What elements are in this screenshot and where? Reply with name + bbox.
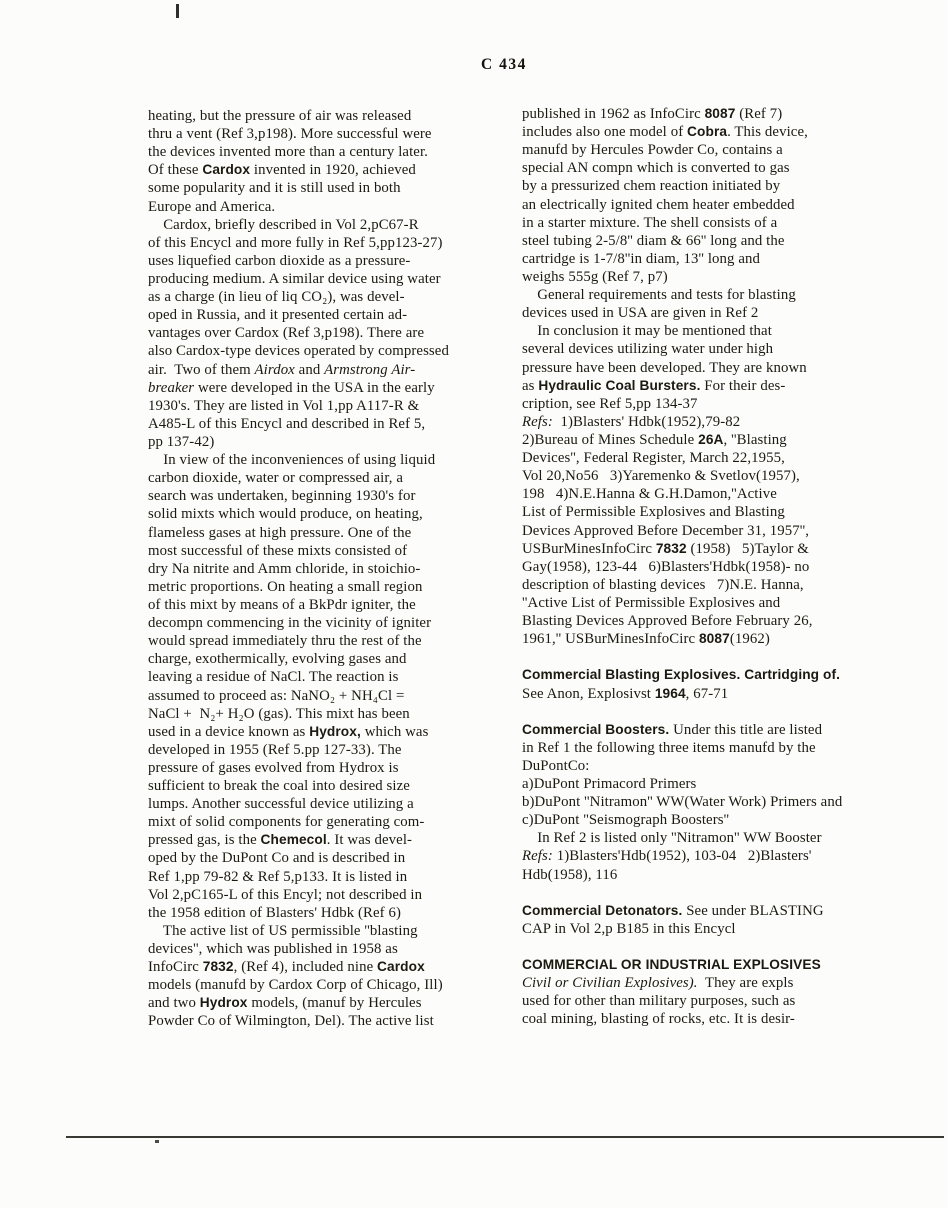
text-segment: 2)Bureau of Mines Schedule — [522, 432, 698, 448]
text-line — [522, 648, 904, 666]
text-line: published in 1962 as InfoCirc 8087 (Ref … — [522, 105, 904, 123]
text-line: DuPontCo: — [522, 757, 904, 775]
text-segment: of this mixt by means of a BkPdr igniter… — [148, 597, 416, 613]
bold-text-segment: Chemecol — [261, 832, 327, 847]
text-segment: uses liquefied carbon dioxide as a press… — [148, 253, 410, 269]
text-line: coal mining, blasting of rocks, etc. It … — [522, 1010, 904, 1028]
text-line: oped in Russia, and it presented certain… — [148, 306, 493, 324]
text-line: dry Na nitrite and Amm chloride, in stoi… — [148, 560, 493, 578]
text-segment: lumps. Another successful device utilizi… — [148, 796, 414, 812]
text-line: CAP in Vol 2,p B185 in this Encycl — [522, 920, 904, 938]
text-segment: and two — [148, 995, 200, 1011]
text-segment: description of blasting devices 7)N.E. H… — [522, 577, 804, 593]
text-segment: which was — [361, 724, 429, 740]
text-segment: Cardox, briefly described in Vol 2,pC67-… — [148, 217, 419, 233]
text-line: vantages over Cardox (Ref 3,p198). There… — [148, 324, 493, 342]
text-line: and two Hydrox models, (manuf by Hercule… — [148, 994, 493, 1012]
text-line — [522, 703, 904, 721]
text-segment: 1)Blasters'Hdb(1952), 103-04 2)Blasters' — [553, 848, 812, 864]
text-segment: ''Active List of Permissible Explosives … — [522, 595, 780, 611]
left-column: heating, but the pressure of air was rel… — [148, 107, 493, 1031]
text-line: decompn commencing in the vicinity of ig… — [148, 614, 493, 632]
text-line: Of these Cardox invented in 1920, achiev… — [148, 161, 493, 179]
text-segment: In conclusion it may be mentioned that — [522, 323, 772, 339]
text-segment: They are expls — [698, 975, 794, 991]
text-line: ''Active List of Permissible Explosives … — [522, 594, 904, 612]
text-segment: metric proportions. On heating a small r… — [148, 579, 422, 595]
text-segment: Gay(1958), 123-44 6)Blasters'Hdbk(1958)-… — [522, 559, 809, 575]
text-segment: manufd by Hercules Powder Co, contains a — [522, 142, 783, 158]
text-line: cartridge is 1-7/8''in diam, 13'' long a… — [522, 250, 904, 268]
bold-text-segment: 8087 — [699, 631, 730, 646]
text-line: steel tubing 2-5/8'' diam & 66'' long an… — [522, 232, 904, 250]
bold-text-segment: Cardox — [377, 959, 425, 974]
text-segment: models (manufd by Cardox Corp of Chicago… — [148, 977, 443, 993]
bold-text-segment: 26A — [698, 432, 723, 447]
text-line: 198 4)N.E.Hanna & G.H.Damon,''Active — [522, 485, 904, 503]
text-segment: in Ref 1 the following three items manuf… — [522, 740, 816, 756]
text-line: description of blasting devices 7)N.E. H… — [522, 576, 904, 594]
text-segment: Europe and America. — [148, 199, 275, 215]
text-line: lumps. Another successful device utilizi… — [148, 795, 493, 813]
rule-tick-mark — [155, 1140, 159, 1143]
text-segment: sufficient to break the coal into desire… — [148, 778, 410, 794]
text-segment: General requirements and tests for blast… — [522, 287, 796, 303]
text-line: Cardox, briefly described in Vol 2,pC67-… — [148, 216, 493, 234]
text-segment: CAP in Vol 2,p B185 in this Encycl — [522, 921, 736, 937]
text-line: In view of the inconveniences of using l… — [148, 451, 493, 469]
text-segment: Vol 2,pC165-L of this Encyl; not describ… — [148, 887, 422, 903]
text-line: Vol 2,pC165-L of this Encyl; not describ… — [148, 886, 493, 904]
text-segment: For their des- — [700, 378, 785, 394]
text-segment: The active list of US permissible ''blas… — [148, 923, 418, 939]
text-line: c)DuPont ''Seismograph Boosters'' — [522, 811, 904, 829]
text-segment: , ''Blasting — [724, 432, 787, 448]
text-line: air. Two of them Airdox and Armstrong Ai… — [148, 361, 493, 379]
text-line: leaving a residue of NaCl. The reaction … — [148, 668, 493, 686]
text-segment: producing medium. A similar device using… — [148, 271, 441, 287]
text-line: some popularity and it is still used in … — [148, 179, 493, 197]
text-segment: dry Na nitrite and Amm chloride, in stoi… — [148, 561, 420, 577]
registration-mark — [176, 4, 179, 18]
text-segment: special AN compn which is converted to g… — [522, 160, 790, 176]
text-line: solid mixts which would produce, on heat… — [148, 505, 493, 523]
text-line: 2)Bureau of Mines Schedule 26A, ''Blasti… — [522, 431, 904, 449]
text-line: includes also one model of Cobra. This d… — [522, 123, 904, 141]
bold-text-segment: Hydraulic Coal Bursters. — [538, 378, 700, 393]
text-segment: , (Ref 4), included nine — [234, 959, 377, 975]
text-segment: Powder Co of Wilmington, Del). The activ… — [148, 1013, 434, 1029]
text-line: in a starter mixture. The shell consists… — [522, 214, 904, 232]
text-segment: pressure of gases evolved from Hydrox is — [148, 760, 399, 776]
text-line: weighs 555g (Ref 7, p7) — [522, 268, 904, 286]
text-segment: most successful of these mixts consisted… — [148, 543, 407, 559]
text-segment: b)DuPont ''Nitramon'' WW(Water Work) Pri… — [522, 794, 842, 810]
text-line: several devices utilizing water under hi… — [522, 340, 904, 358]
text-segment: Hdb(1958), 116 — [522, 867, 617, 883]
bold-text-segment: Hydrox, — [309, 724, 361, 739]
text-segment: pressed gas, is the — [148, 832, 261, 848]
bold-text-segment: Commercial Boosters. — [522, 722, 669, 737]
text-line: In Ref 2 is listed only ''Nitramon'' WW … — [522, 829, 904, 847]
text-line: manufd by Hercules Powder Co, contains a — [522, 141, 904, 159]
page-number: C 434 — [481, 56, 527, 74]
text-segment: of this Encycl and more fully in Ref 5,p… — [148, 235, 443, 251]
text-segment: includes also one model of — [522, 124, 687, 140]
text-line: used in a device known as Hydrox, which … — [148, 723, 493, 741]
text-line: General requirements and tests for blast… — [522, 286, 904, 304]
bottom-rule — [66, 1136, 944, 1138]
text-line: Blasting Devices Approved Before Februar… — [522, 612, 904, 630]
text-segment: would spread immediately thru the rest o… — [148, 633, 422, 649]
text-line: See Anon, Explosivst 1964, 67-71 — [522, 685, 904, 703]
text-segment: coal mining, blasting of rocks, etc. It … — [522, 1011, 795, 1027]
text-line: thru a vent (Ref 3,p198). More successfu… — [148, 125, 493, 143]
text-line: carbon dioxide, water or compressed air,… — [148, 469, 493, 487]
italic-text-segment: Airdox — [255, 362, 295, 378]
text-segment: flameless gases at high pressure. One of… — [148, 525, 411, 541]
bold-text-segment: COMMERCIAL OR INDUSTRIAL EXPLOSIVES — [522, 957, 821, 972]
text-line: b)DuPont ''Nitramon'' WW(Water Work) Pri… — [522, 793, 904, 811]
text-segment: USBurMinesInfoCirc — [522, 541, 656, 557]
text-line: Ref 1,pp 79-82 & Ref 5,p133. It is liste… — [148, 868, 493, 886]
bold-text-segment: 1964 — [655, 686, 686, 701]
text-segment: some popularity and it is still used in … — [148, 180, 401, 196]
text-segment: Devices Approved Before December 31, 195… — [522, 523, 809, 539]
text-segment: also Cardox-type devices operated by com… — [148, 343, 449, 359]
bold-text-segment: 8087 — [705, 106, 736, 121]
right-column: published in 1962 as InfoCirc 8087 (Ref … — [522, 105, 904, 1029]
text-line: of this Encycl and more fully in Ref 5,p… — [148, 234, 493, 252]
italic-text-segment: Refs: — [522, 414, 553, 430]
text-segment: several devices utilizing water under hi… — [522, 341, 773, 357]
text-line: cription, see Ref 5,pp 134-37 — [522, 395, 904, 413]
text-line: in Ref 1 the following three items manuf… — [522, 739, 904, 757]
text-line: Vol 20,No56 3)Yaremenko & Svetlov(1957), — [522, 467, 904, 485]
text-segment: DuPontCo: — [522, 758, 590, 774]
text-line: special AN compn which is converted to g… — [522, 159, 904, 177]
text-segment: InfoCirc — [148, 959, 203, 975]
text-segment: A485-L of this Encycl and described in R… — [148, 416, 425, 432]
text-line: COMMERCIAL OR INDUSTRIAL EXPLOSIVES — [522, 956, 904, 974]
italic-text-segment: breaker — [148, 380, 194, 396]
text-segment: . It was devel- — [327, 832, 412, 848]
bold-text-segment: 7832 — [203, 959, 234, 974]
bold-text-segment: Hydrox — [200, 995, 248, 1010]
bold-text-segment: Cobra — [687, 124, 727, 139]
text-line: Devices Approved Before December 31, 195… — [522, 522, 904, 540]
text-line: List of Permissible Explosives and Blast… — [522, 503, 904, 521]
text-line: an electrically ignited chem heater embe… — [522, 196, 904, 214]
text-segment: were developed in the USA in the early — [194, 380, 435, 396]
text-segment: an electrically ignited chem heater embe… — [522, 197, 795, 213]
text-line: also Cardox-type devices operated by com… — [148, 342, 493, 360]
text-line: the 1958 edition of Blasters' Hdbk (Ref … — [148, 904, 493, 922]
text-segment: 1)Blasters' Hdbk(1952),79-82 — [553, 414, 740, 430]
text-line: mixt of solid components for generating … — [148, 813, 493, 831]
text-segment: (1958) 5)Taylor & — [687, 541, 809, 557]
document-page: C 434 heating, but the pressure of air w… — [0, 0, 948, 1208]
text-line: most successful of these mixts consisted… — [148, 542, 493, 560]
text-segment: vantages over Cardox (Ref 3,p198). There… — [148, 325, 424, 341]
text-segment: models, (manuf by Hercules — [248, 995, 422, 1011]
text-segment: as — [522, 378, 538, 394]
text-line: breaker were developed in the USA in the… — [148, 379, 493, 397]
text-segment: 198 4)N.E.Hanna & G.H.Damon,''Active — [522, 486, 777, 502]
text-line: developed in 1955 (Ref 5.pp 127-33). The — [148, 741, 493, 759]
text-segment: published in 1962 as InfoCirc — [522, 106, 705, 122]
text-segment: and — [295, 362, 324, 378]
text-segment: pp 137-42) — [148, 434, 214, 450]
text-segment: charge, exothermically, evolving gases a… — [148, 651, 407, 667]
text-segment: search was undertaken, beginning 1930's … — [148, 488, 415, 504]
text-line: devices'', which was published in 1958 a… — [148, 940, 493, 958]
text-segment: Blasting Devices Approved Before Februar… — [522, 613, 813, 629]
text-line: by a pressurized chem reaction initiated… — [522, 177, 904, 195]
text-segment: the devices invented more than a century… — [148, 144, 428, 160]
text-segment: developed in 1955 (Ref 5.pp 127-33). The — [148, 742, 402, 758]
text-segment: assumed to proceed as: NaNO₂ + NH₄Cl = — [148, 688, 404, 704]
text-segment: 1961,'' USBurMinesInfoCirc — [522, 631, 699, 647]
text-segment: weighs 555g (Ref 7, p7) — [522, 269, 668, 285]
bold-text-segment: Cardox — [202, 162, 250, 177]
text-segment: In view of the inconveniences of using l… — [148, 452, 435, 468]
text-segment: Ref 1,pp 79-82 & Ref 5,p133. It is liste… — [148, 869, 407, 885]
text-segment: in a starter mixture. The shell consists… — [522, 215, 777, 231]
italic-text-segment: Civil or Civilian Explosives). — [522, 975, 698, 991]
text-segment: List of Permissible Explosives and Blast… — [522, 504, 785, 520]
text-line: metric proportions. On heating a small r… — [148, 578, 493, 596]
text-segment: oped by the DuPont Co and is described i… — [148, 850, 405, 866]
text-line: InfoCirc 7832, (Ref 4), included nine Ca… — [148, 958, 493, 976]
text-line: of this mixt by means of a BkPdr igniter… — [148, 596, 493, 614]
text-line — [522, 938, 904, 956]
text-segment: devices used in USA are given in Ref 2 — [522, 305, 758, 321]
text-line: Civil or Civilian Explosives). They are … — [522, 974, 904, 992]
text-line: a)DuPont Primacord Primers — [522, 775, 904, 793]
text-segment: Vol 20,No56 3)Yaremenko & Svetlov(1957), — [522, 468, 800, 484]
text-segment: heating, but the pressure of air was rel… — [148, 108, 411, 124]
text-segment: decompn commencing in the vicinity of ig… — [148, 615, 431, 631]
text-line: pp 137-42) — [148, 433, 493, 451]
text-line: Powder Co of Wilmington, Del). The activ… — [148, 1012, 493, 1030]
text-line: Commercial Boosters. Under this title ar… — [522, 721, 904, 739]
text-line: NaCl + N₂+ H₂O (gas). This mixt has been — [148, 705, 493, 723]
text-line: uses liquefied carbon dioxide as a press… — [148, 252, 493, 270]
text-segment: (1962) — [730, 631, 770, 647]
text-line: models (manufd by Cardox Corp of Chicago… — [148, 976, 493, 994]
text-segment: . This device, — [727, 124, 808, 140]
text-line: as Hydraulic Coal Bursters. For their de… — [522, 377, 904, 395]
text-line: 1930's. They are listed in Vol 1,pp A117… — [148, 397, 493, 415]
text-line: Europe and America. — [148, 198, 493, 216]
text-line: In conclusion it may be mentioned that — [522, 322, 904, 340]
text-line: devices used in USA are given in Ref 2 — [522, 304, 904, 322]
italic-text-segment: Refs: — [522, 848, 553, 864]
text-segment: Under this title are listed — [669, 722, 822, 738]
text-segment: See Anon, Explosivst — [522, 686, 655, 702]
text-line: pressure of gases evolved from Hydrox is — [148, 759, 493, 777]
text-line: Devices'', Federal Register, March 22,19… — [522, 449, 904, 467]
text-segment: mixt of solid components for generating … — [148, 814, 424, 830]
text-segment: invented in 1920, achieved — [250, 162, 416, 178]
text-segment: air. Two of them — [148, 362, 255, 378]
text-segment: , 67-71 — [686, 686, 729, 702]
text-line: producing medium. A similar device using… — [148, 270, 493, 288]
text-segment: used for other than military purposes, s… — [522, 993, 795, 1009]
text-segment: Devices'', Federal Register, March 22,19… — [522, 450, 785, 466]
text-segment: the 1958 edition of Blasters' Hdbk (Ref … — [148, 905, 401, 921]
text-segment: NaCl + N₂+ H₂O (gas). This mixt has been — [148, 706, 410, 722]
text-line: search was undertaken, beginning 1930's … — [148, 487, 493, 505]
text-segment: cartridge is 1-7/8''in diam, 13'' long a… — [522, 251, 760, 267]
text-line: would spread immediately thru the rest o… — [148, 632, 493, 650]
bold-text-segment: 7832 — [656, 541, 687, 556]
text-segment: cription, see Ref 5,pp 134-37 — [522, 396, 698, 412]
text-line: 1961,'' USBurMinesInfoCirc 8087(1962) — [522, 630, 904, 648]
text-line: pressed gas, is the Chemecol. It was dev… — [148, 831, 493, 849]
text-line: sufficient to break the coal into desire… — [148, 777, 493, 795]
text-segment: steel tubing 2-5/8'' diam & 66'' long an… — [522, 233, 785, 249]
text-line: A485-L of this Encycl and described in R… — [148, 415, 493, 433]
text-segment: as a charge (in lieu of liq CO₂), was de… — [148, 289, 405, 305]
text-line: as a charge (in lieu of liq CO₂), was de… — [148, 288, 493, 306]
text-segment: carbon dioxide, water or compressed air,… — [148, 470, 403, 486]
text-line: The active list of US permissible ''blas… — [148, 922, 493, 940]
text-segment: solid mixts which would produce, on heat… — [148, 506, 423, 522]
text-segment: by a pressurized chem reaction initiated… — [522, 178, 780, 194]
bold-text-segment: Commercial Detonators. — [522, 903, 682, 918]
text-segment: a)DuPont Primacord Primers — [522, 776, 696, 792]
text-line: Hdb(1958), 116 — [522, 866, 904, 884]
text-line: charge, exothermically, evolving gases a… — [148, 650, 493, 668]
text-segment: Of these — [148, 162, 202, 178]
text-line: flameless gases at high pressure. One of… — [148, 524, 493, 542]
text-line: oped by the DuPont Co and is described i… — [148, 849, 493, 867]
text-line: the devices invented more than a century… — [148, 143, 493, 161]
text-line: Gay(1958), 123-44 6)Blasters'Hdbk(1958)-… — [522, 558, 904, 576]
text-segment: (Ref 7) — [735, 106, 782, 122]
text-segment: c)DuPont ''Seismograph Boosters'' — [522, 812, 729, 828]
text-segment: pressure have been developed. They are k… — [522, 360, 807, 376]
text-line: Commercial Detonators. See under BLASTIN… — [522, 902, 904, 920]
italic-text-segment: Armstrong Air- — [324, 362, 415, 378]
text-segment: used in a device known as — [148, 724, 309, 740]
text-line: pressure have been developed. They are k… — [522, 359, 904, 377]
text-segment: In Ref 2 is listed only ''Nitramon'' WW … — [522, 830, 822, 846]
text-segment: leaving a residue of NaCl. The reaction … — [148, 669, 398, 685]
text-line: Refs: 1)Blasters' Hdbk(1952),79-82 — [522, 413, 904, 431]
text-segment: See under BLASTING — [682, 903, 823, 919]
text-segment: devices'', which was published in 1958 a… — [148, 941, 398, 957]
text-segment: 1930's. They are listed in Vol 1,pp A117… — [148, 398, 419, 414]
text-segment: thru a vent (Ref 3,p198). More successfu… — [148, 126, 432, 142]
text-line — [522, 884, 904, 902]
text-line: heating, but the pressure of air was rel… — [148, 107, 493, 125]
text-line: assumed to proceed as: NaNO₂ + NH₄Cl = — [148, 687, 493, 705]
text-line: used for other than military purposes, s… — [522, 992, 904, 1010]
bold-text-segment: Commercial Blasting Explosives. Cartridg… — [522, 667, 840, 682]
text-segment: oped in Russia, and it presented certain… — [148, 307, 407, 323]
text-line: Commercial Blasting Explosives. Cartridg… — [522, 666, 904, 684]
text-line: Refs: 1)Blasters'Hdb(1952), 103-04 2)Bla… — [522, 847, 904, 865]
text-line: USBurMinesInfoCirc 7832 (1958) 5)Taylor … — [522, 540, 904, 558]
